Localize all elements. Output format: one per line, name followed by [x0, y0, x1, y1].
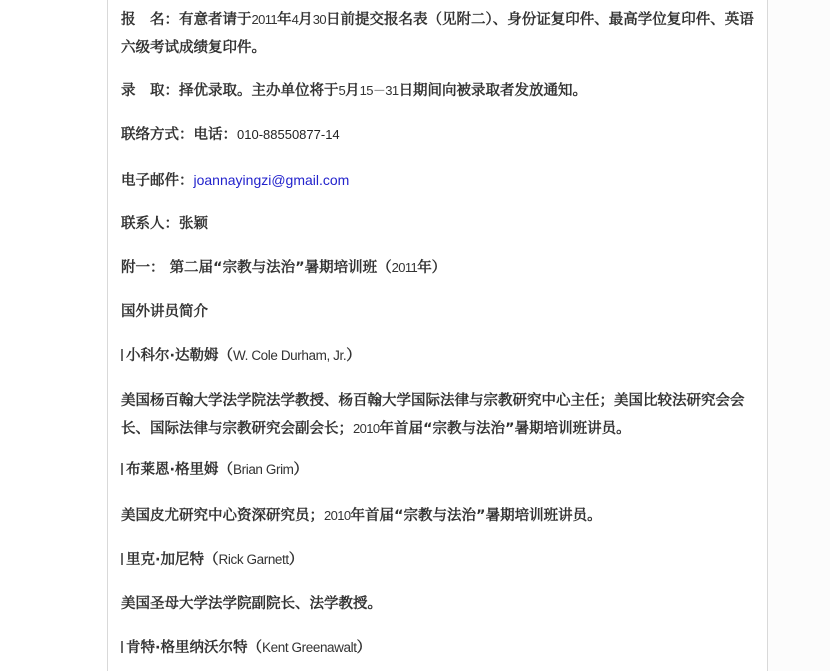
appendix-title: 年）: [417, 260, 446, 276]
contact-person-label: 联系人：: [121, 216, 179, 232]
lecturer-name-en: Brian Grim: [233, 462, 294, 477]
paren: （: [248, 640, 263, 656]
page-left-margin: [0, 0, 107, 671]
lecturer-name-cn: 肯特·格里纳沃尔特: [126, 640, 248, 656]
lecturer-name-row: 肯特·格里纳沃尔特（Kent Greenawalt）: [121, 634, 761, 662]
lecturer-bio-text: 美国圣母大学法学院副院长、法学教授。: [121, 596, 382, 612]
article-content-panel: 报 名：有意者请于2011年4月30日前提交报名表（见附二）、身份证复印件、最高…: [107, 0, 768, 671]
bullet-bar-icon: [121, 553, 123, 565]
registration-paragraph: 报 名：有意者请于2011年4月30日前提交报名表（见附二）、身份证复印件、最高…: [121, 6, 761, 62]
paren: ）: [346, 348, 361, 364]
contact-person-paragraph: 联系人：张颖: [121, 210, 761, 238]
contact-email-paragraph: 电子邮件：joannayingzi@gmail.com: [121, 166, 761, 195]
registration-label: 报 名：: [121, 12, 179, 28]
appendix-title: 第二届“宗教与法治”暑期培训班（: [170, 260, 392, 276]
contact-person-name: 张颖: [179, 216, 208, 232]
lecturer-bio-year: 2010: [324, 508, 351, 523]
lecturer-bio-year: 2010: [353, 421, 380, 436]
paren: （: [219, 348, 234, 364]
admission-text: 日期间向被录取者发放通知。: [399, 83, 588, 99]
admission-date-range: 15－31: [360, 83, 399, 98]
lecturer-name-en: Kent Greenawalt: [262, 640, 357, 655]
lecturer-bio-text: 年首届“宗教与法治”暑期培训班讲员。: [351, 508, 602, 524]
lecturer-name-en: Rick Garnett: [219, 552, 289, 567]
phone-number: 010-88550877-14: [237, 127, 340, 142]
lecturer-name-row: 里克·加尼特（Rick Garnett）: [121, 546, 761, 574]
admission-paragraph: 录 取：择优录取。主办单位将于5月15－31日期间向被录取者发放通知。: [121, 77, 761, 105]
page-right-margin: [768, 0, 830, 671]
lecturer-bio: 美国皮尤研究中心资深研究员；2010年首届“宗教与法治”暑期培训班讲员。: [121, 502, 761, 530]
contact-label: 联络方式：电话：: [121, 127, 237, 143]
lecturer-bio: 美国杨百翰大学法学院法学教授、杨百翰大学国际法律与宗教研究中心主任；美国比较法研…: [121, 387, 761, 443]
bullet-bar-icon: [121, 641, 123, 653]
email-label: 电子邮件：: [121, 173, 194, 189]
registration-day: 30: [313, 12, 326, 27]
contact-phone-paragraph: 联络方式：电话：010-88550877-14: [121, 121, 761, 149]
lecturer-name-row: 布莱恩·格里姆（Brian Grim）: [121, 456, 761, 484]
bullet-bar-icon: [121, 463, 123, 475]
lecturer-name-cn: 布莱恩·格里姆: [126, 462, 219, 478]
appendix-title-paragraph: 附一： 第二届“宗教与法治”暑期培训班（2011年）: [121, 254, 761, 282]
paren: （: [204, 552, 219, 568]
lecturer-bio-text: 年首届“宗教与法治”暑期培训班讲员。: [380, 421, 631, 437]
bullet-bar-icon: [121, 349, 123, 361]
appendix-year: 2011: [392, 260, 418, 275]
registration-text: 有意者请于: [179, 12, 252, 28]
paren: ）: [294, 462, 309, 478]
lecturer-name-en: W. Cole Durham, Jr.: [233, 348, 346, 363]
section-heading: 国外讲员简介: [121, 298, 761, 326]
registration-text: 年: [277, 12, 292, 28]
registration-text: 月: [298, 12, 313, 28]
lecturer-bio: 美国圣母大学法学院副院长、法学教授。: [121, 590, 761, 618]
appendix-label: 附一：: [121, 260, 165, 276]
paren: ）: [357, 640, 372, 656]
lecturer-name-cn: 小科尔·达勒姆: [126, 348, 219, 364]
paren: ）: [289, 552, 304, 568]
admission-label: 录 取：: [121, 83, 179, 99]
lecturer-name-row: 小科尔·达勒姆（W. Cole Durham, Jr.）: [121, 342, 761, 370]
registration-year: 2011: [252, 12, 278, 27]
paren: （: [219, 462, 234, 478]
admission-text: 择优录取。主办单位将于: [179, 83, 339, 99]
lecturer-name-cn: 里克·加尼特: [126, 552, 204, 568]
admission-text: 月: [345, 83, 360, 99]
lecturer-bio-text: 美国皮尤研究中心资深研究员；: [121, 508, 324, 524]
email-link[interactable]: joannayingzi@gmail.com: [194, 172, 350, 188]
